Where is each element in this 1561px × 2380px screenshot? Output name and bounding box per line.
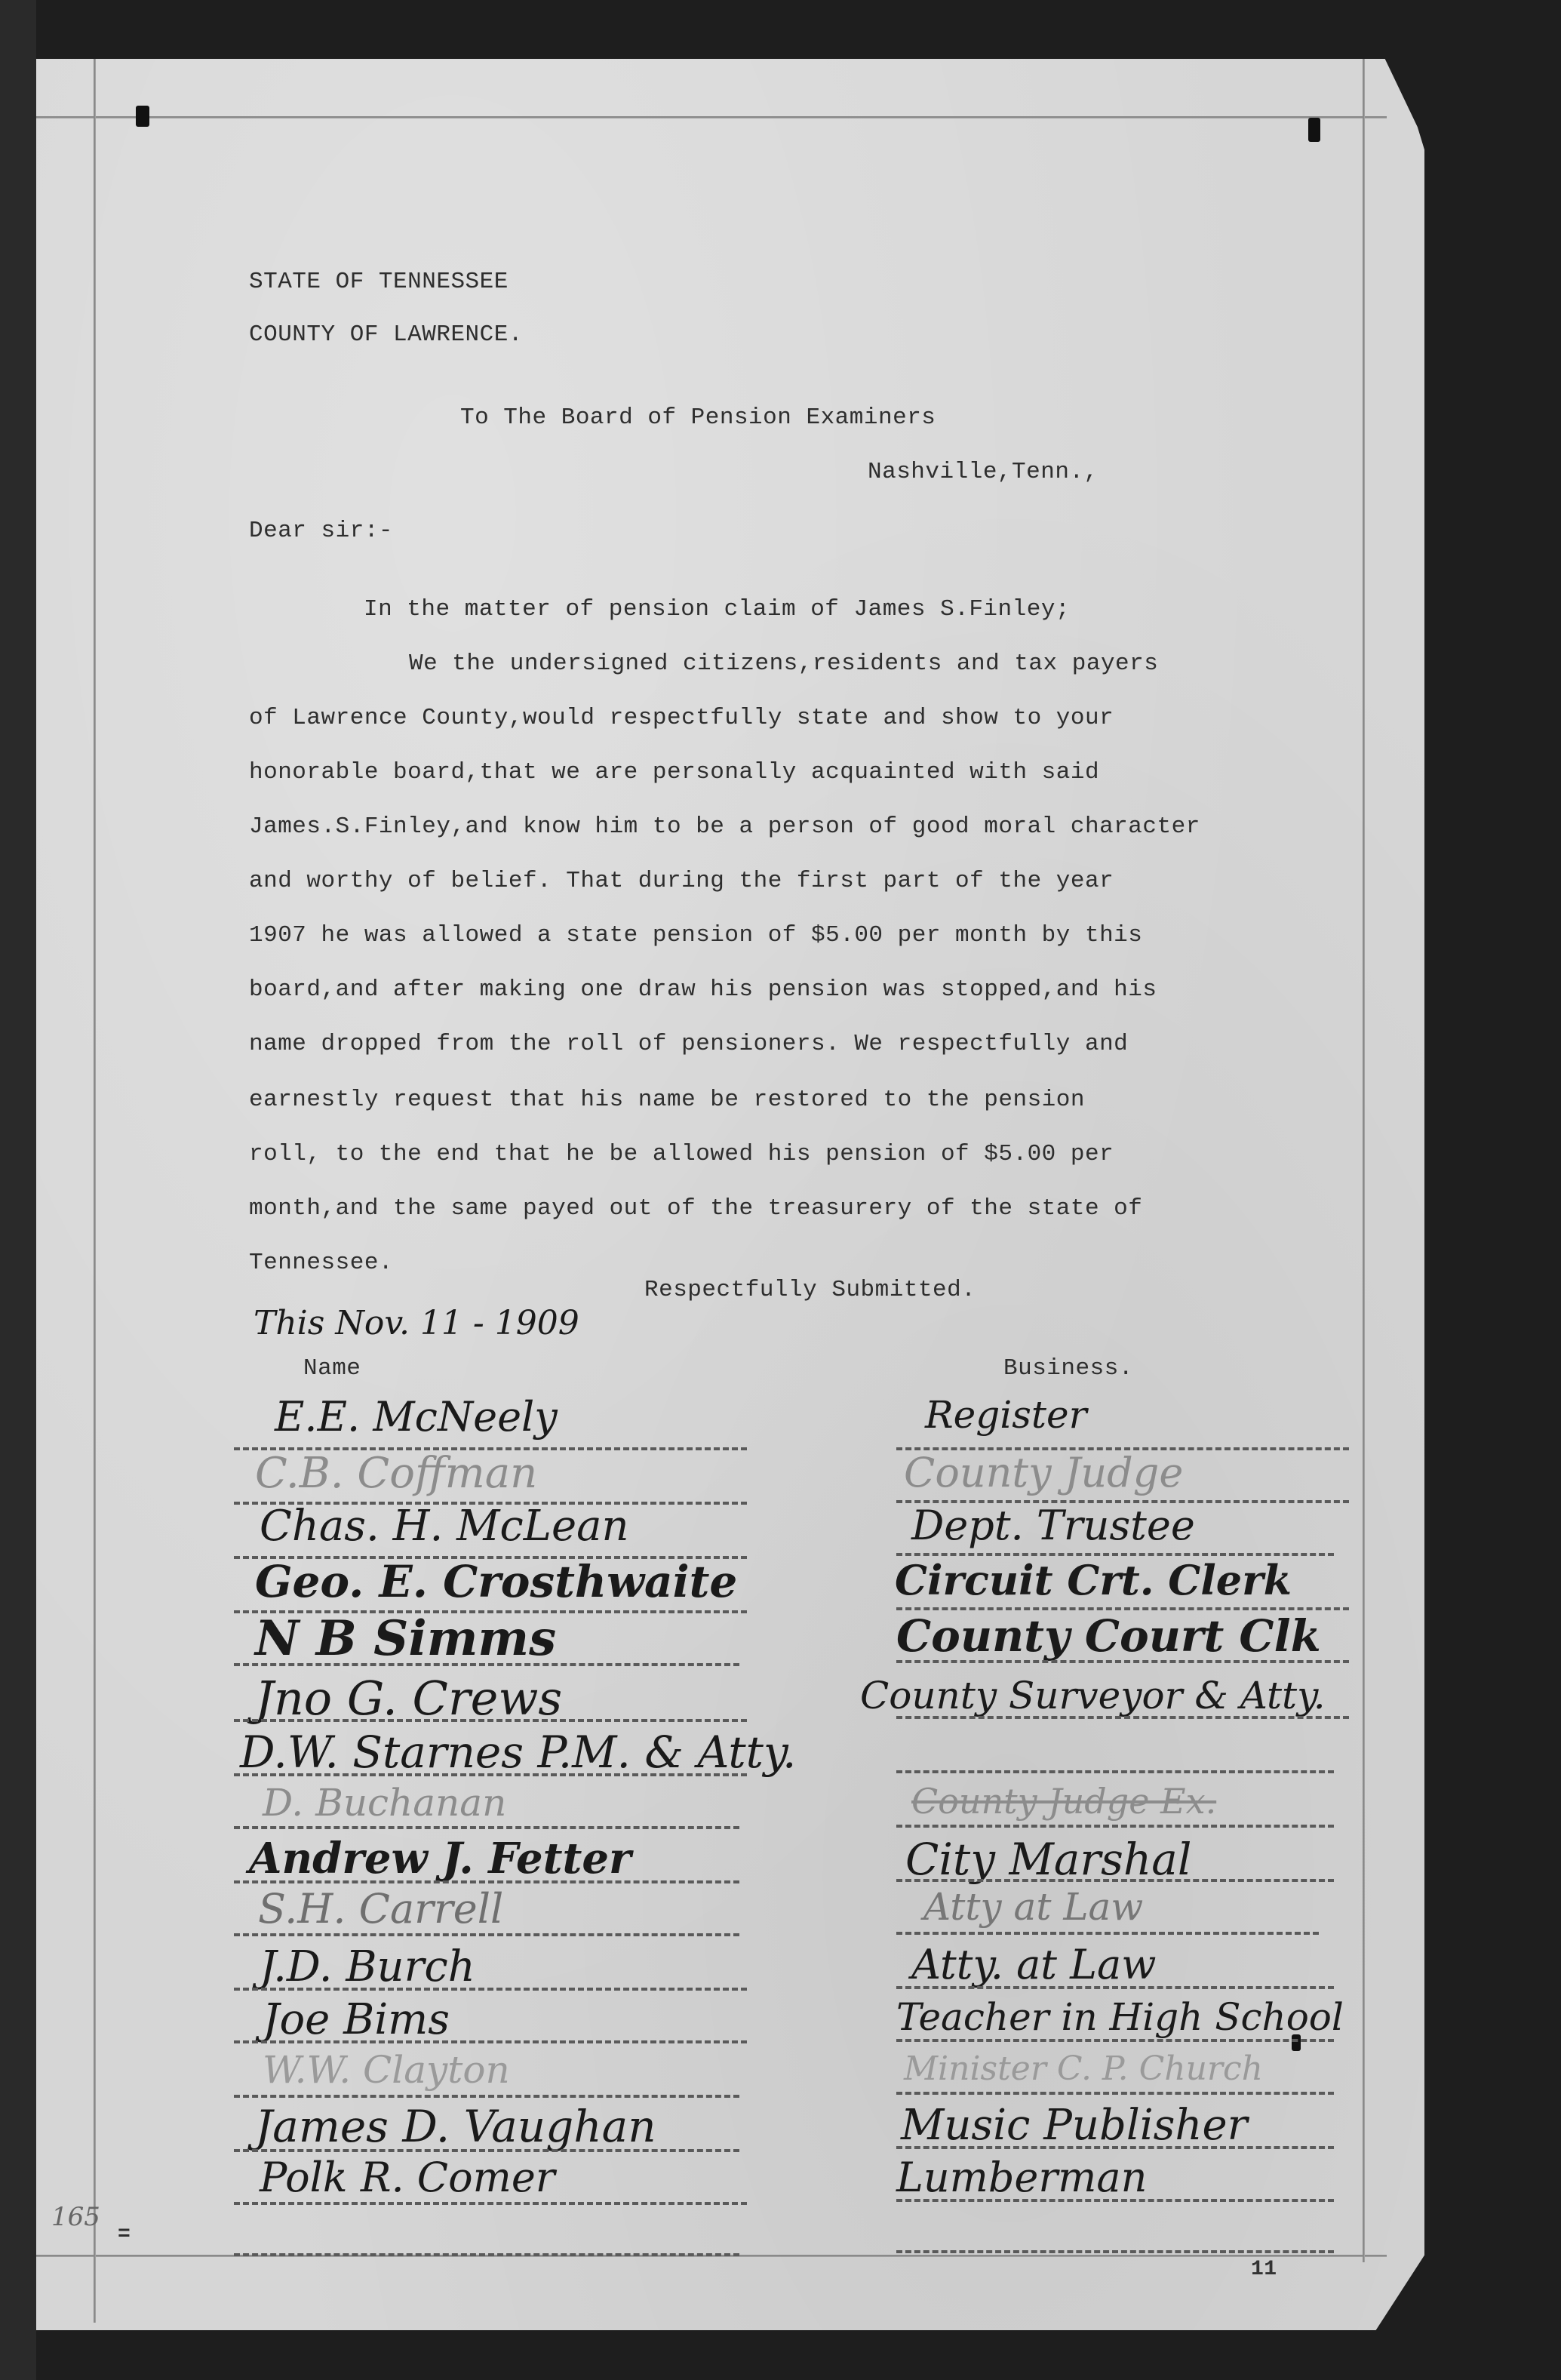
signature-line <box>234 1880 739 1883</box>
body-line: In the matter of pension claim of James … <box>364 596 1070 623</box>
body-line: board,and after making one draw his pens… <box>249 976 1157 1003</box>
body-line: earnestly request that his name be resto… <box>249 1087 1085 1113</box>
signatory-business: Music Publisher <box>901 2101 1247 2150</box>
signature-line <box>234 1988 747 1991</box>
signature-line <box>234 1719 747 1722</box>
signatory-name: C.B. Coffman <box>255 1449 537 1498</box>
business-line <box>896 1986 1334 1989</box>
signatory-business: City Marshal <box>905 1834 1191 1885</box>
addressee-line-1: To The Board of Pension Examiners <box>460 404 936 431</box>
signature-line <box>234 1773 747 1776</box>
handwritten-date: This Nov. 11 - 1909 <box>254 1304 579 1342</box>
body-line: and worthy of belief. That during the fi… <box>249 868 1114 894</box>
business-line <box>896 1879 1334 1882</box>
signatory-name: S.H. Carrell <box>258 1885 503 1933</box>
salutation: Dear sir:- <box>249 518 393 544</box>
margin-page-number: 165 <box>51 2202 100 2232</box>
signatory-business: County Judge Ex. <box>911 1781 1216 1822</box>
body-line: month,and the same payed out of the trea… <box>249 1195 1142 1222</box>
heading-state: STATE OF TENNESSEE <box>249 269 509 295</box>
signature-line <box>234 1826 739 1829</box>
body-line: name dropped from the roll of pensioners… <box>249 1031 1128 1057</box>
signatory-business: Atty. at Law <box>911 1941 1156 1988</box>
business-line <box>896 1716 1349 1719</box>
body-line: of Lawrence County,would respectfully st… <box>249 705 1114 731</box>
signatory-name: N B Simms <box>255 1610 556 1667</box>
body-line: honorable board,that we are personally a… <box>249 759 1099 786</box>
signature-line <box>234 2202 747 2205</box>
document-page: STATE OF TENNESSEE COUNTY OF LAWRENCE. T… <box>36 59 1424 2330</box>
top-rule <box>36 116 1387 118</box>
signatory-name: James D. Vaughan <box>255 2101 656 2152</box>
body-line: roll, to the end that he be allowed his … <box>249 1141 1114 1167</box>
left-margin-rule <box>94 59 96 2323</box>
signatory-business: County Judge <box>904 1449 1183 1496</box>
signature-line <box>234 2040 747 2043</box>
signatory-business: Teacher in High School <box>896 1995 1344 2039</box>
punch-hole-right <box>1308 118 1320 142</box>
business-line <box>896 1660 1349 1663</box>
body-line: 1907 he was allowed a state pension of $… <box>249 922 1142 949</box>
body-line: Tennessee. <box>249 1250 393 1276</box>
addressee-line-2: Nashville,Tenn., <box>868 459 1099 485</box>
signatory-business: Minister C. P. Church <box>904 2049 1263 2088</box>
signatory-name: Polk R. Comer <box>260 2154 555 2201</box>
business-line <box>896 1932 1319 1935</box>
signatory-business: Lumberman <box>896 2154 1147 2201</box>
signatory-business: Dept. Trustee <box>911 1502 1195 1549</box>
right-margin-rule <box>1363 59 1365 2262</box>
signature-line-blank <box>234 2253 739 2256</box>
business-line-blank <box>896 2250 1334 2253</box>
signatory-name: Jno G. Crews <box>255 1671 562 1726</box>
signature-line <box>234 2095 739 2098</box>
business-line <box>896 2146 1334 2149</box>
margin-equals-mark: = <box>118 2223 131 2246</box>
signature-line <box>234 2149 739 2152</box>
business-line <box>896 2199 1334 2202</box>
closing: Respectfully Submitted. <box>644 1277 976 1303</box>
signatory-business: Atty at Law <box>923 1885 1143 1929</box>
signatory-business: County Surveyor & Atty. <box>860 1674 1326 1717</box>
signatory-name: J.D. Burch <box>260 1942 475 1991</box>
signatory-business: Register <box>925 1393 1086 1437</box>
signatory-name: Andrew J. Fetter <box>249 1834 631 1883</box>
column-header-business: Business. <box>1003 1355 1133 1382</box>
punch-hole-left <box>136 106 149 127</box>
signatory-business: Circuit Crt. Clerk <box>895 1556 1292 1604</box>
signatory-name: E.E. McNeely <box>275 1393 558 1441</box>
scanner-backdrop <box>0 0 36 2380</box>
signatory-name: W.W. Clayton <box>263 2048 510 2092</box>
heading-county: COUNTY OF LAWRENCE. <box>249 321 523 348</box>
body-line: We the undersigned citizens,residents an… <box>409 650 1158 677</box>
signatory-name: Chas. H. McLean <box>260 1502 629 1551</box>
signatory-name: D. Buchanan <box>263 1781 506 1825</box>
column-header-name: Name <box>303 1355 361 1382</box>
signatory-name: Joe Bims <box>263 1995 450 2044</box>
signature-line <box>234 1933 739 1936</box>
body-line: James.S.Finley,and know him to be a pers… <box>249 813 1200 840</box>
bottom-right-mark: 11 <box>1251 2258 1277 2281</box>
business-line <box>896 1825 1334 1828</box>
signature-line <box>234 1663 739 1666</box>
signatory-name: Geo. E. Crosthwaite <box>255 1556 737 1607</box>
business-line <box>896 2092 1334 2095</box>
signatory-name: D.W. Starnes P.M. & Atty. <box>240 1727 796 1778</box>
signatory-business: County Court Clk <box>896 1610 1321 1662</box>
business-line <box>896 1770 1334 1773</box>
business-line <box>896 2039 1334 2042</box>
